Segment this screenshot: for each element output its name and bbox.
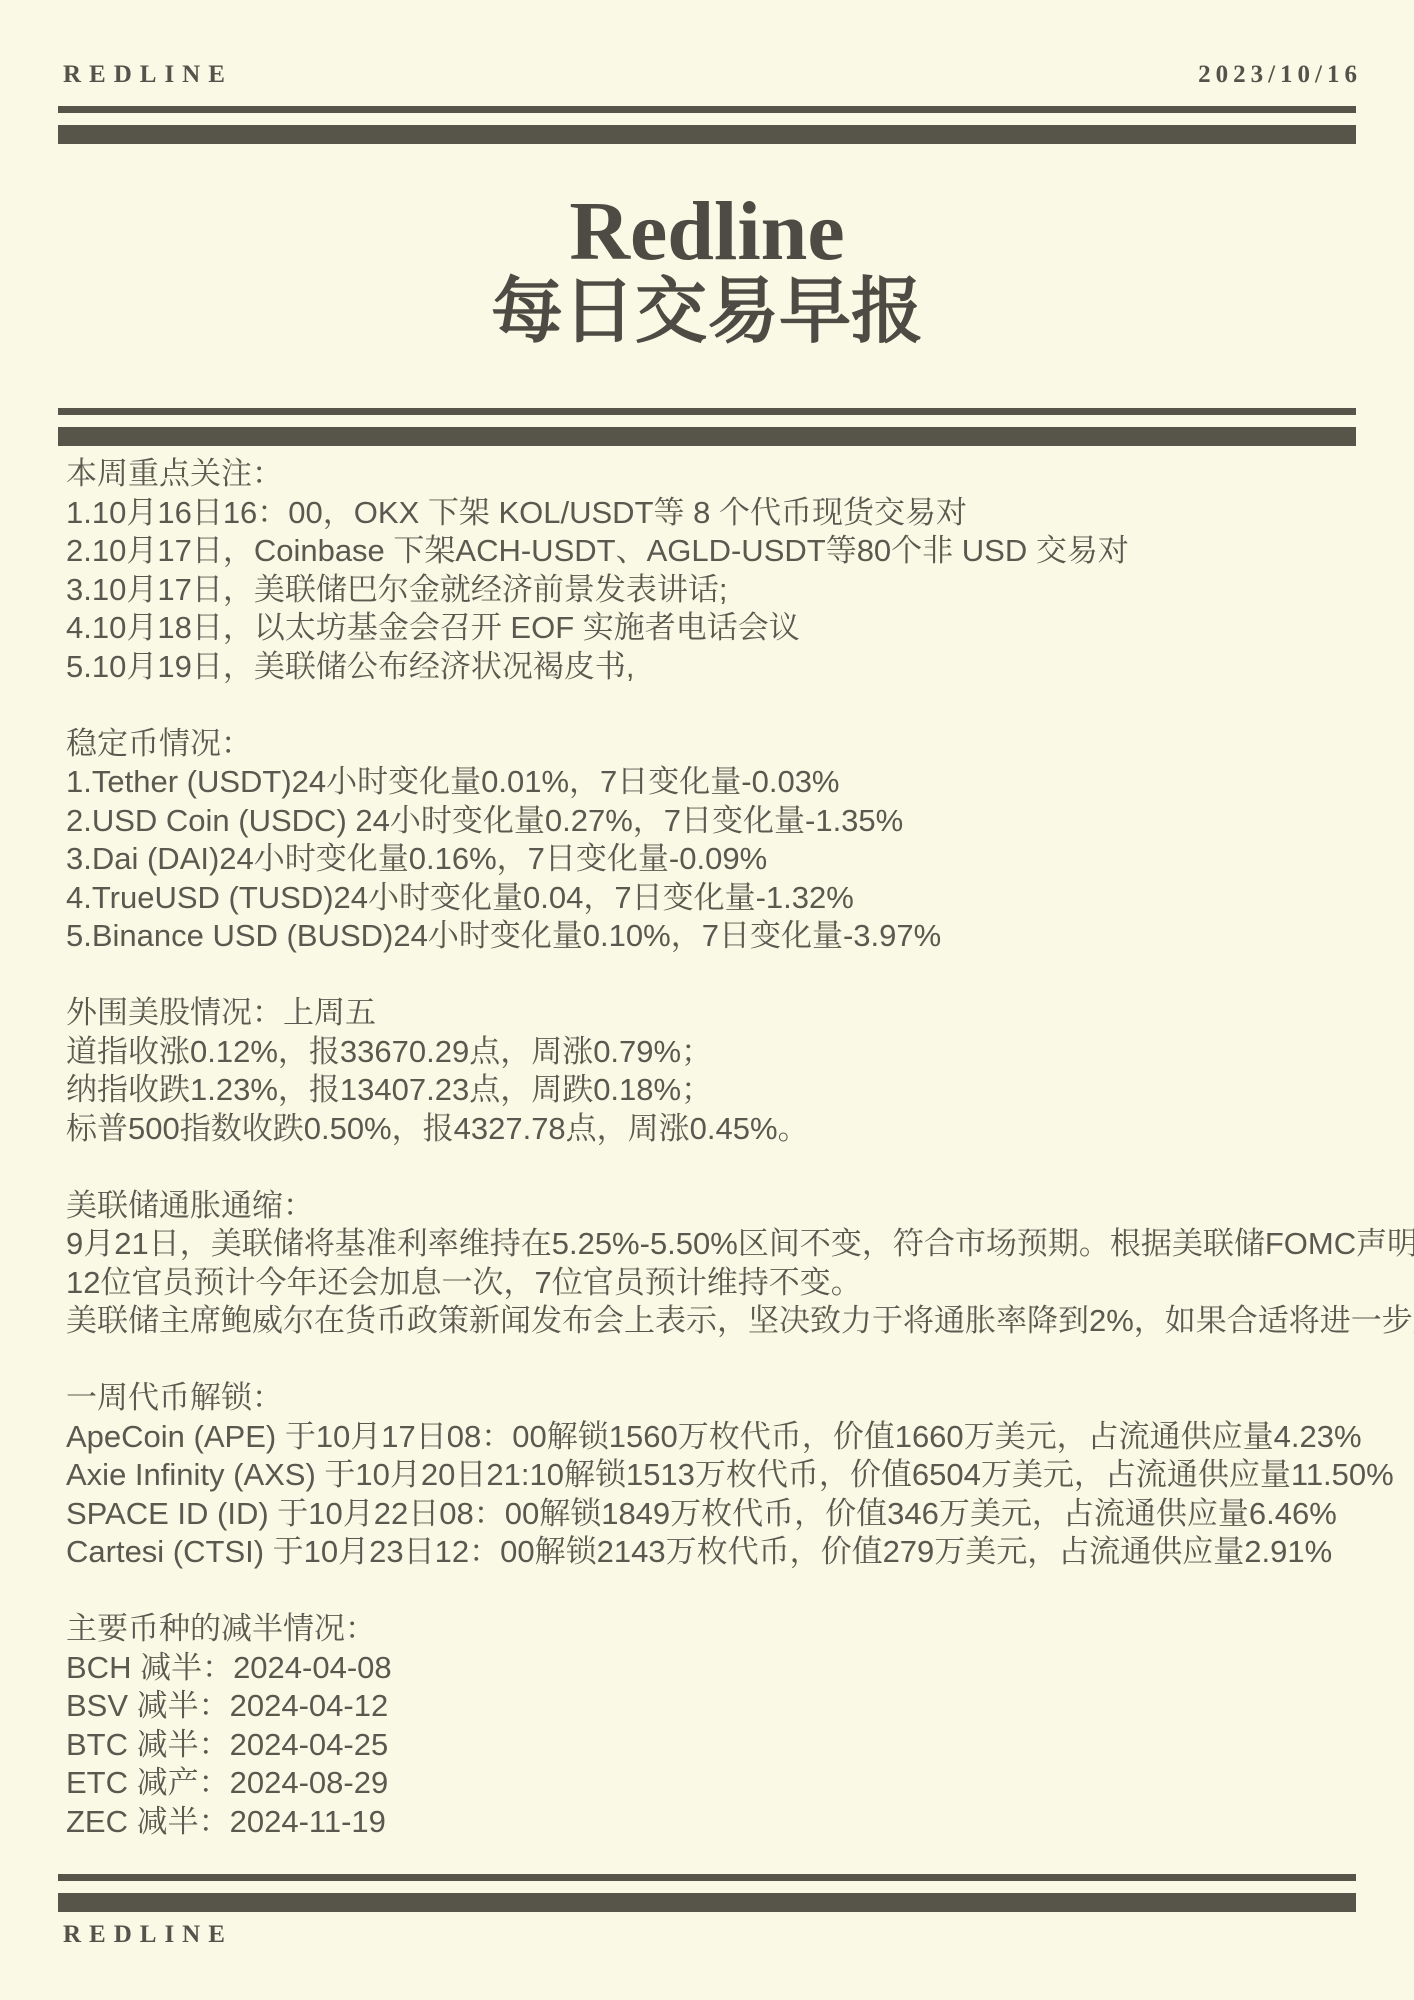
section-line: 纳指收跌1.23%，报13407.23点，周跌0.18%； <box>66 1071 1364 1110</box>
section-4: 一周代币解锁：ApeCoin (APE) 于10月17日08：00解锁1560万… <box>66 1379 1364 1572</box>
section-line: Cartesi (CTSI) 于10月23日12：00解锁2143万枚代币，价值… <box>66 1533 1364 1572</box>
page-title: Redline <box>0 190 1414 274</box>
divider-thin-top <box>58 106 1356 113</box>
section-heading: 外围美股情况：上周五 <box>66 994 1364 1033</box>
page-subtitle: 每日交易早报 <box>0 272 1414 352</box>
section-line: 1.10月16日16：00，OKX 下架 KOL/USDT等 8 个代币现货交易… <box>66 494 1364 533</box>
section-line: 4.TrueUSD (TUSD)24小时变化量0.04，7日变化量-1.32% <box>66 879 1364 918</box>
section-line: 2.10月17日，Coinbase 下架ACH-USDT、AGLD-USDT等8… <box>66 532 1364 571</box>
section-line: 9月21日，美联储将基准利率维持在5.25%-5.50%区间不变，符合市场预期。… <box>66 1225 1364 1264</box>
section-line: ZEC 减半：2024-11-19 <box>66 1803 1364 1842</box>
section-line: 标普500指数收跌0.50%，报4327.78点，周涨0.45%。 <box>66 1110 1364 1149</box>
section-heading: 美联储通胀通缩： <box>66 1187 1364 1226</box>
section-line: BTC 减半：2024-04-25 <box>66 1726 1364 1765</box>
section-line: 12位官员预计今年还会加息一次，7位官员预计维持不变。 <box>66 1264 1364 1303</box>
section-heading: 本周重点关注： <box>66 455 1364 494</box>
section-line: ApeCoin (APE) 于10月17日08：00解锁1560万枚代币，价值1… <box>66 1418 1364 1457</box>
newsletter-page: REDLINE 2023/10/16 Redline 每日交易早报 本周重点关注… <box>0 0 1414 2000</box>
section-line: 5.Binance USD (BUSD)24小时变化量0.10%，7日变化量-3… <box>66 917 1364 956</box>
section-line: 5.10月19日，美联储公布经济状况褐皮书, <box>66 648 1364 687</box>
masthead-date: 2023/10/16 <box>1198 62 1362 87</box>
section-5: 主要币种的减半情况：BCH 减半：2024-04-08BSV 减半：2024-0… <box>66 1610 1364 1841</box>
section-line: Axie Infinity (AXS) 于10月20日21:10解锁1513万枚… <box>66 1456 1364 1495</box>
divider-thin-mid <box>58 408 1356 415</box>
masthead-brand: REDLINE <box>63 62 233 87</box>
divider-thin-bottom <box>58 1874 1356 1881</box>
section-line: 3.Dai (DAI)24小时变化量0.16%，7日变化量-0.09% <box>66 840 1364 879</box>
divider-thick-top <box>58 125 1356 144</box>
section-heading: 一周代币解锁： <box>66 1379 1364 1418</box>
section-line: BCH 减半：2024-04-08 <box>66 1649 1364 1688</box>
section-line: 道指收涨0.12%，报33670.29点，周涨0.79%； <box>66 1033 1364 1072</box>
section-0: 本周重点关注：1.10月16日16：00，OKX 下架 KOL/USDT等 8 … <box>66 455 1364 686</box>
section-line: ETC 减产：2024-08-29 <box>66 1764 1364 1803</box>
section-heading: 稳定币情况： <box>66 725 1364 764</box>
section-line: 3.10月17日，美联储巴尔金就经济前景发表讲话; <box>66 571 1364 610</box>
section-line: 1.Tether (USDT)24小时变化量0.01%，7日变化量-0.03% <box>66 763 1364 802</box>
section-heading: 主要币种的减半情况： <box>66 1610 1364 1649</box>
section-2: 外围美股情况：上周五道指收涨0.12%，报33670.29点，周涨0.79%；纳… <box>66 994 1364 1148</box>
section-line: 4.10月18日，以太坊基金会召开 EOF 实施者电话会议 <box>66 609 1364 648</box>
section-line: BSV 减半：2024-04-12 <box>66 1687 1364 1726</box>
footer-brand: REDLINE <box>63 1922 233 1947</box>
section-3: 美联储通胀通缩：9月21日，美联储将基准利率维持在5.25%-5.50%区间不变… <box>66 1187 1364 1341</box>
report-body: 本周重点关注：1.10月16日16：00，OKX 下架 KOL/USDT等 8 … <box>66 455 1364 1841</box>
section-line: 美联储主席鲍威尔在货币政策新闻发布会上表示，坚决致力于将通胀率降到2%，如果合适… <box>66 1302 1364 1341</box>
divider-thick-mid <box>58 427 1356 446</box>
section-1: 稳定币情况：1.Tether (USDT)24小时变化量0.01%，7日变化量-… <box>66 725 1364 956</box>
section-line: 2.USD Coin (USDC) 24小时变化量0.27%，7日变化量-1.3… <box>66 802 1364 841</box>
section-line: SPACE ID (ID) 于10月22日08：00解锁1849万枚代币，价值3… <box>66 1495 1364 1534</box>
divider-thick-bottom <box>58 1893 1356 1912</box>
